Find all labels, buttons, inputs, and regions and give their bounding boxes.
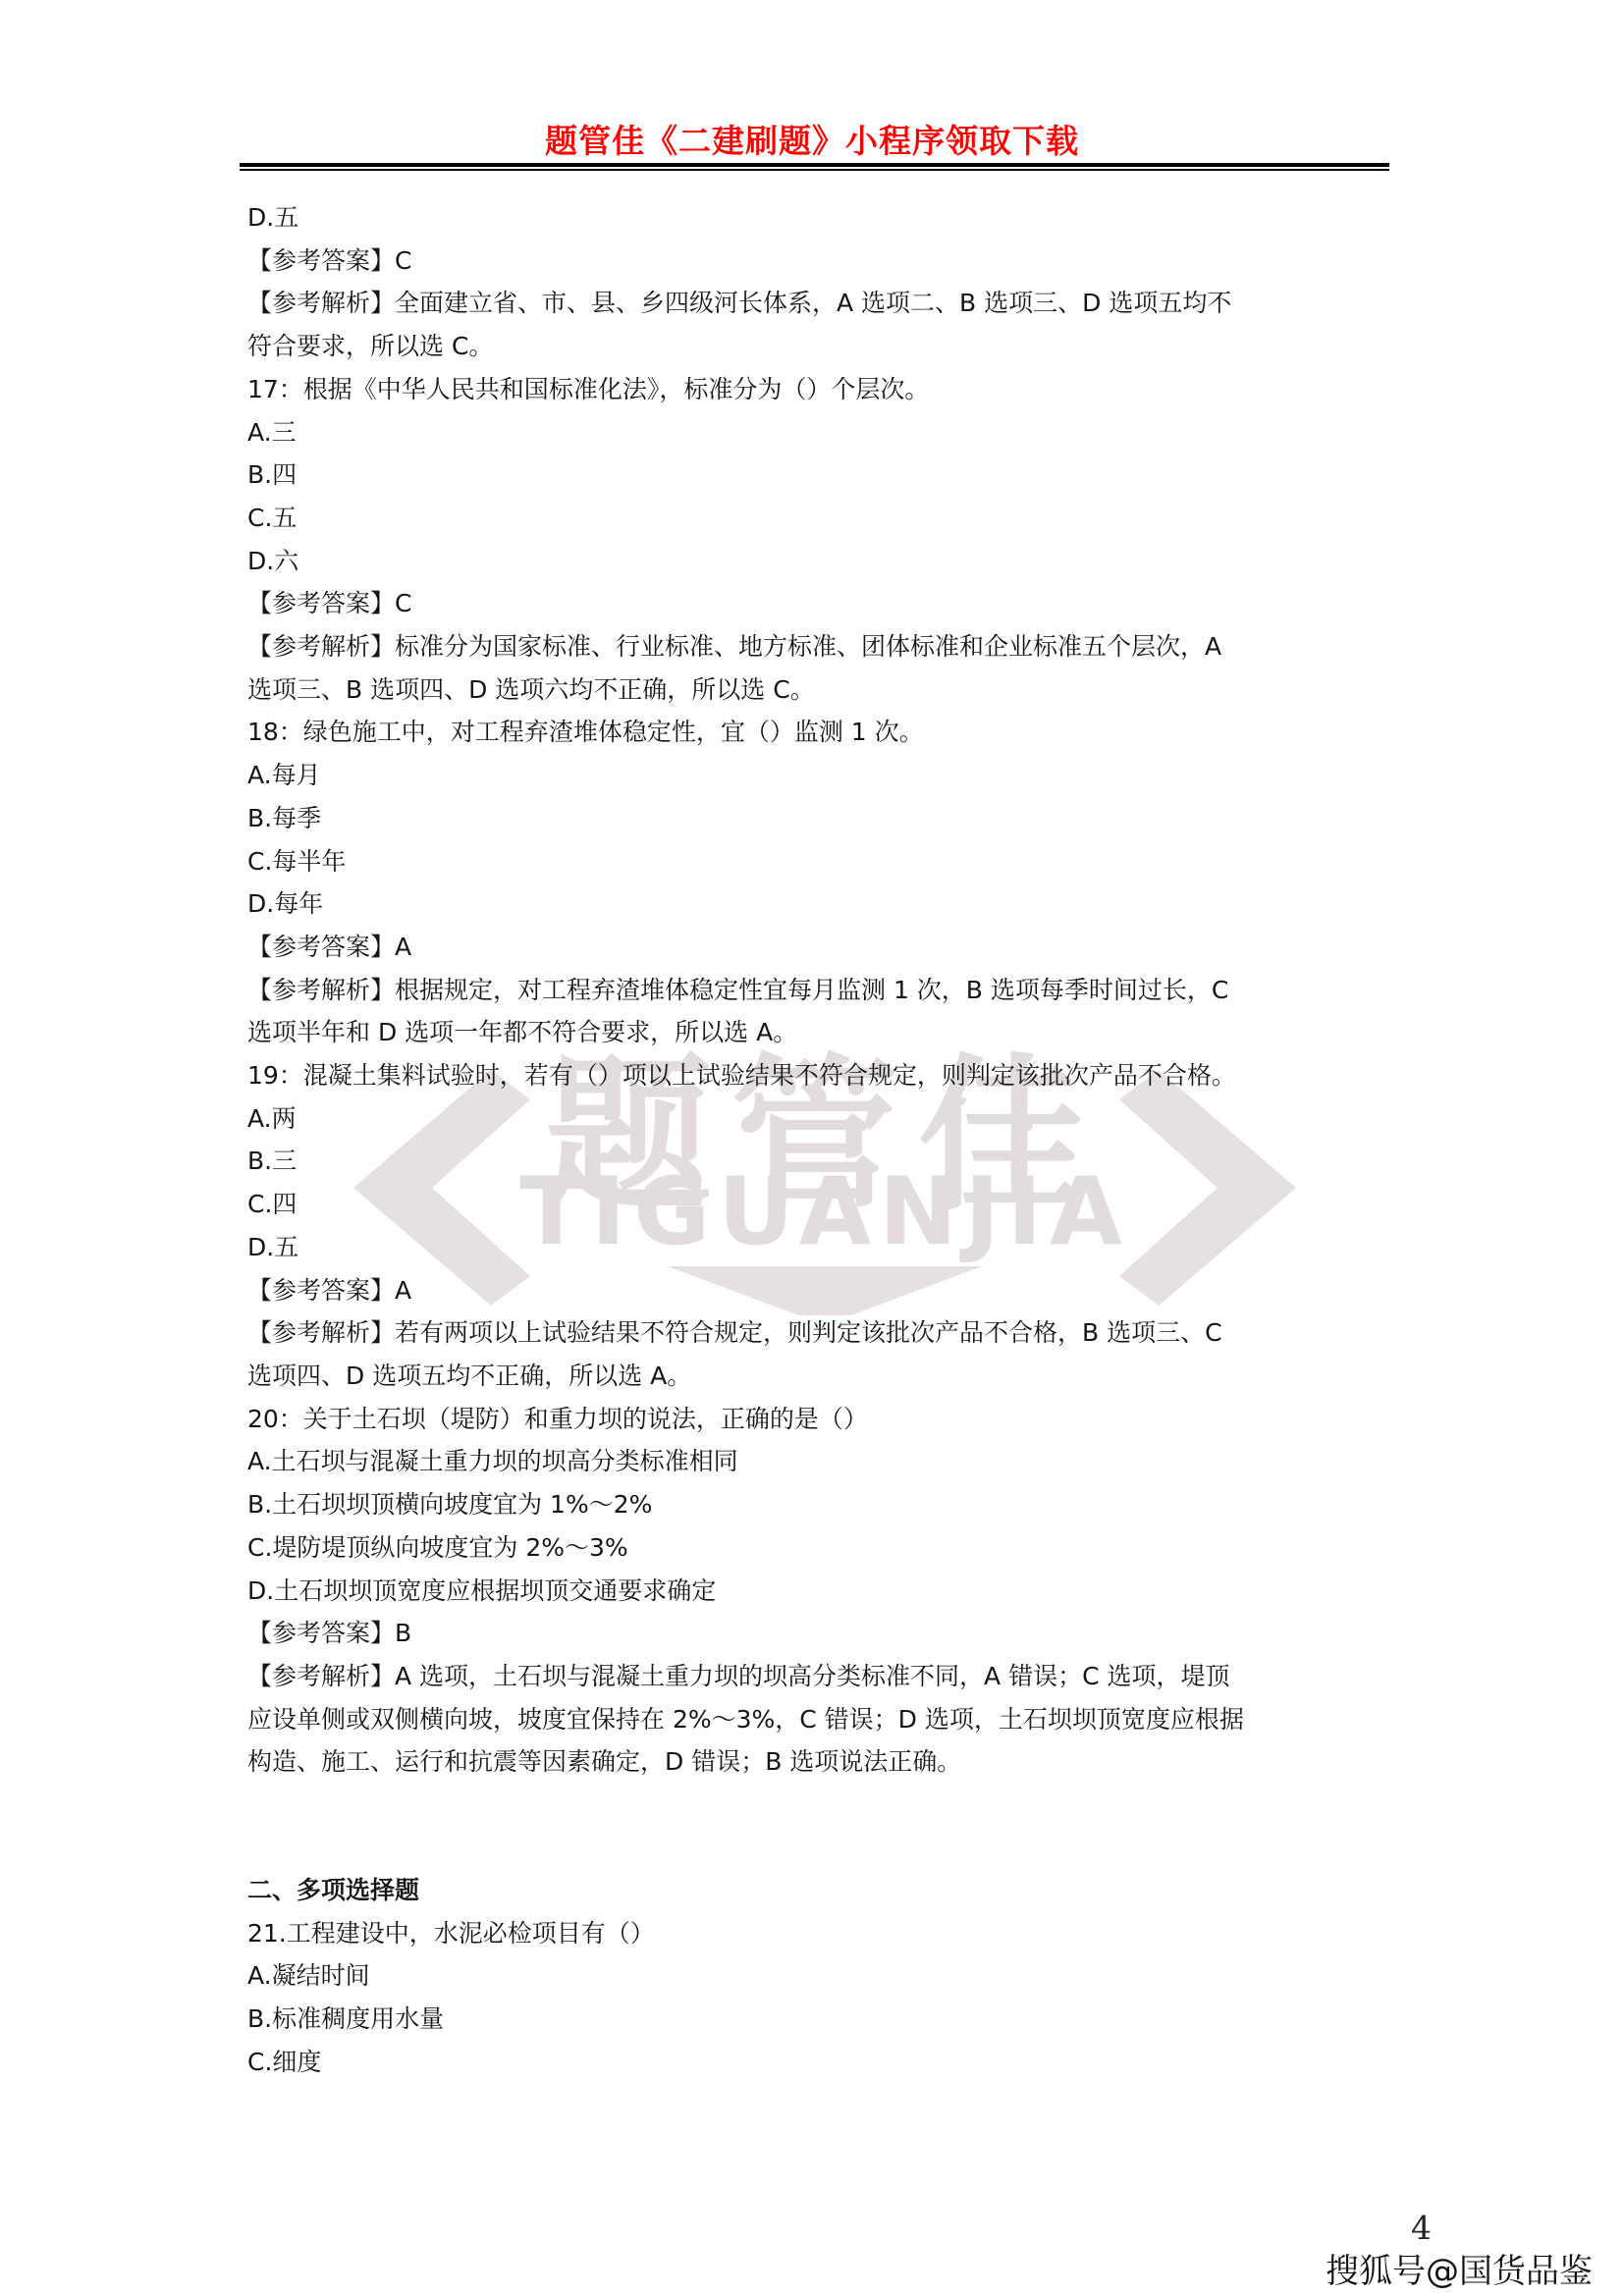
header-title: 题管佳《二建刷题》小程序领取下载 [0,116,1624,162]
document-page: 题管佳《二建刷题》小程序领取下载 题管佳 TIGUANJIA D.五 【参考答案… [0,0,1624,2296]
header-rule-thin [240,169,1389,171]
q17-option-a: A.三 [247,411,1391,454]
q20-analysis-cont-2: 构造、施工、运行和抗震等因素确定，D 错误；B 选项说法正确。 [247,1740,1391,1784]
q18-option-a: A.每月 [247,754,1391,797]
reference-analysis: 【参考解析】全面建立省、市、县、乡四级河长体系，A 选项二、B 选项三、D 选项… [247,282,1391,325]
q19-answer: 【参考答案】A [247,1269,1391,1312]
q18-answer: 【参考答案】A [247,926,1391,969]
q19-option-d: D.五 [247,1226,1391,1269]
q20-option-c: C.堤防堤顶纵向坡度宜为 2%～3% [247,1526,1391,1570]
q20-option-b: B.土石坝坝顶横向坡度宜为 1%～2% [247,1483,1391,1526]
question-17: 17：根据《中华人民共和国标准化法》，标准分为（）个层次。 [247,368,1391,411]
q19-analysis: 【参考解析】若有两项以上试验结果不符合规定，则判定该批次产品不合格，B 选项三、… [247,1311,1391,1355]
header-rule-thick [240,163,1389,167]
question-21: 21.工程建设中，水泥必检项目有（） [247,1912,1391,1955]
q18-option-c: C.每半年 [247,840,1391,883]
q17-option-c: C.五 [247,497,1391,540]
q17-analysis-cont: 选项三、B 选项四、D 选项六均不正确，所以选 C。 [247,668,1391,712]
q17-analysis: 【参考解析】标准分为国家标准、行业标准、地方标准、团体标准和企业标准五个层次，A [247,625,1391,668]
q20-analysis-cont-1: 应设单侧或双侧横向坡，坡度宜保持在 2%～3%，C 错误；D 选项，土石坝坝顶宽… [247,1698,1391,1741]
q19-option-b: B.三 [247,1140,1391,1183]
question-19: 19：混凝土集料试验时，若有（）项以上试验结果不符合规定，则判定该批次产品不合格… [247,1054,1391,1097]
q20-option-a: A.土石坝与混凝土重力坝的坝高分类标准相同 [247,1440,1391,1483]
page-number: 4 [1411,2209,1432,2247]
question-18: 18：绿色施工中，对工程弃渣堆体稳定性，宜（）监测 1 次。 [247,711,1391,754]
q19-option-a: A.两 [247,1097,1391,1141]
q21-option-c: C.细度 [247,2041,1391,2084]
q20-option-d: D.土石坝坝顶宽度应根据坝顶交通要求确定 [247,1570,1391,1613]
document-body: D.五 【参考答案】C 【参考解析】全面建立省、市、县、乡四级河长体系，A 选项… [247,196,1391,2084]
option-d: D.五 [247,196,1391,240]
source-watermark: 搜狐号@国货品鉴 [1326,2244,1593,2292]
q18-analysis-cont: 选项半年和 D 选项一年都不符合要求，所以选 A。 [247,1011,1391,1054]
q21-option-a: A.凝结时间 [247,1954,1391,1998]
q18-option-d: D.每年 [247,882,1391,926]
q17-option-d: D.六 [247,540,1391,583]
q19-analysis-cont: 选项四、D 选项五均不正确，所以选 A。 [247,1355,1391,1398]
q18-option-b: B.每季 [247,797,1391,840]
question-20: 20：关于土石坝（堤防）和重力坝的说法，正确的是（） [247,1398,1391,1441]
reference-analysis-cont: 符合要求，所以选 C。 [247,325,1391,368]
q20-answer: 【参考答案】B [247,1612,1391,1655]
q21-option-b: B.标准稠度用水量 [247,1998,1391,2041]
q18-analysis: 【参考解析】根据规定，对工程弃渣堆体稳定性宜每月监测 1 次，B 选项每季时间过… [247,969,1391,1012]
q17-answer: 【参考答案】C [247,582,1391,625]
q20-analysis: 【参考解析】A 选项，土石坝与混凝土重力坝的坝高分类标准不同，A 错误；C 选项… [247,1655,1391,1698]
q19-option-c: C.四 [247,1183,1391,1226]
reference-answer: 【参考答案】C [247,240,1391,283]
q17-option-b: B.四 [247,454,1391,497]
section-spacer [247,1784,1391,1869]
section-title-multiple-choice: 二、多项选择题 [247,1869,1391,1912]
